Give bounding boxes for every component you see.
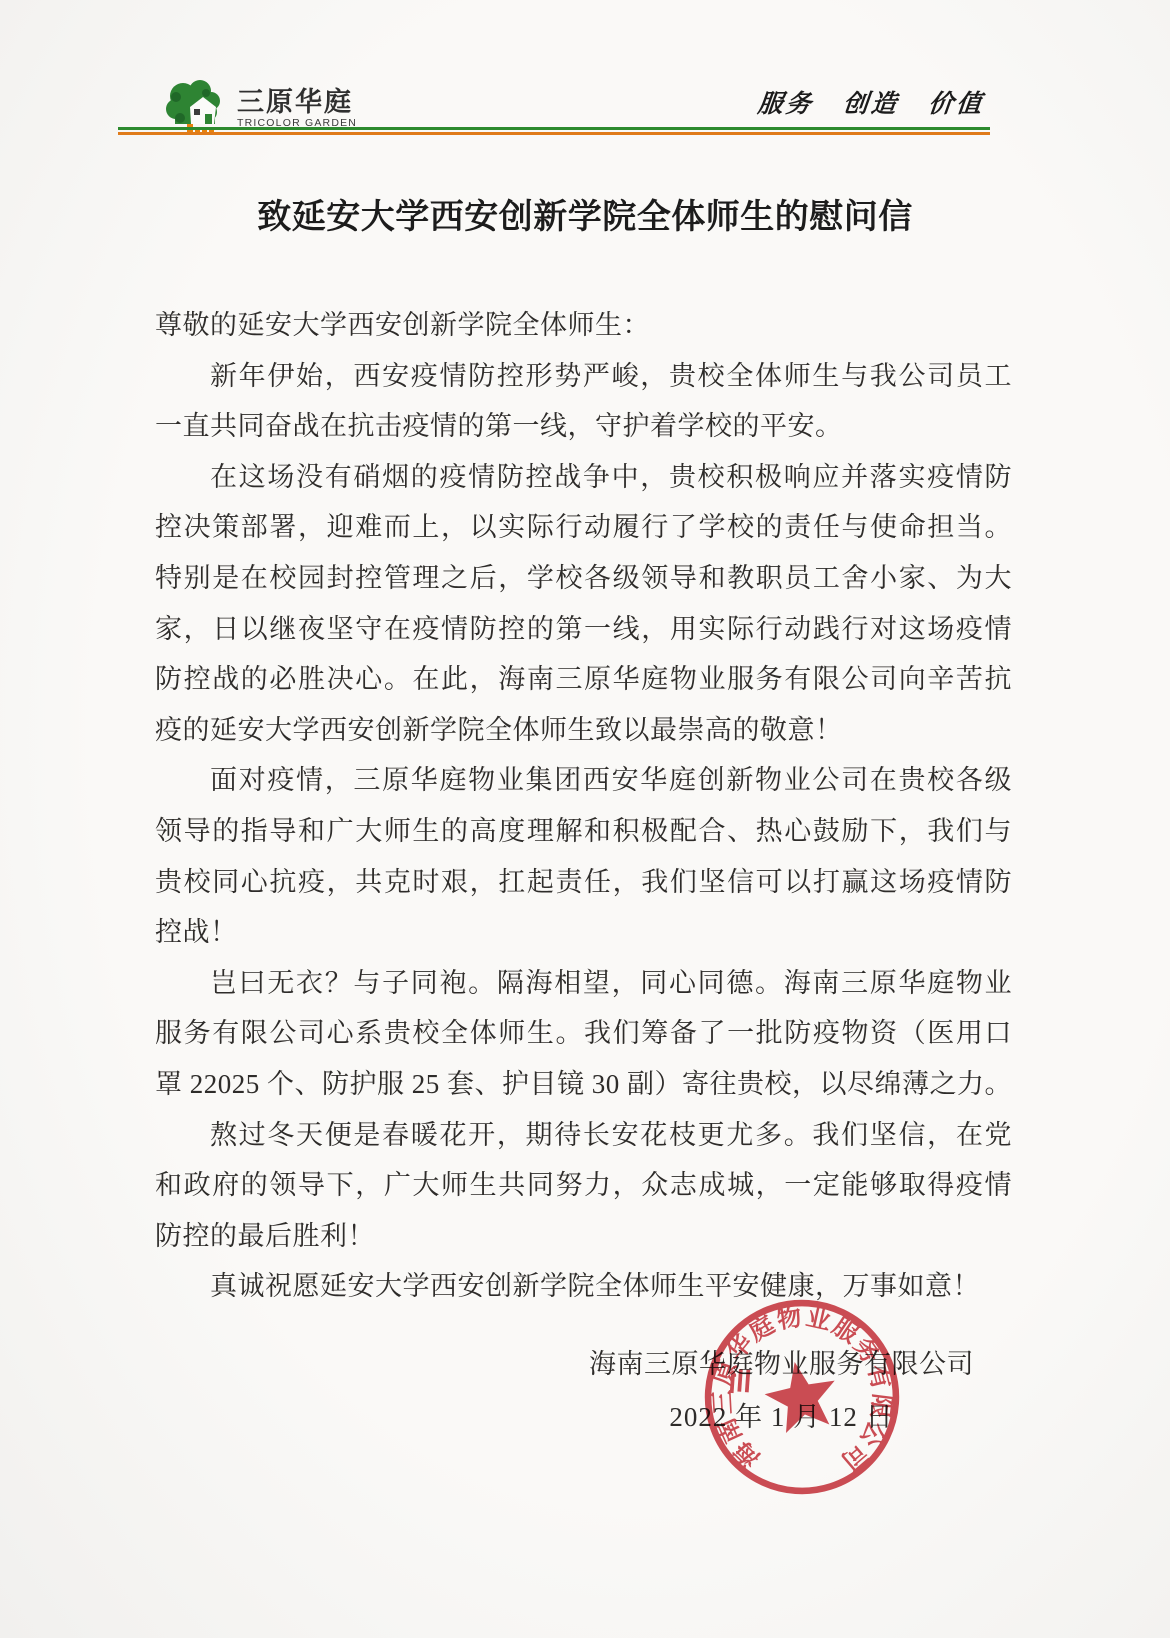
body-line: 贵校同心抗疫，共克时艰，扛起责任，我们坚信可以打赢这场疫情防 [155, 857, 1012, 908]
letter-title: 致延安大学西安创新学院全体师生的慰问信 [0, 189, 1170, 238]
letter-body: 尊敬的延安大学西安创新学院全体师生：新年伊始，西安疫情防控形势严峻，贵校全体师生… [155, 300, 1012, 1312]
body-line: 一直共同奋战在抗击疫情的第一线，守护着学校的平安。 [155, 401, 1012, 452]
body-line: 和政府的领导下，广大师生共同努力，众志成城，一定能够取得疫情 [155, 1160, 1012, 1211]
body-line: 服务有限公司心系贵校全体师生。我们筹备了一批防疫物资（医用口 [155, 1008, 1012, 1059]
body-line: 新年伊始，西安疫情防控形势严峻，贵校全体师生与我公司员工 [155, 351, 1012, 402]
body-line: 面对疫情，三原华庭物业集团西安华庭创新物业公司在贵校各级 [155, 755, 1012, 806]
body-line: 控决策部署，迎难而上，以实际行动履行了学校的责任与使命担当。 [155, 502, 1012, 553]
header-rule [118, 127, 990, 135]
body-line: 防控战的必胜决心。在此，海南三原华庭物业服务有限公司向辛苦抗 [155, 654, 1012, 705]
body-line: 防控的最后胜利！ [155, 1211, 1012, 1262]
company-seal: 海南三原华庭物业服务有限公司 [694, 1289, 910, 1505]
body-line: 罩 22025 个、防护服 25 套、护目镜 30 副）寄往贵校，以尽绵薄之力。 [155, 1059, 1012, 1110]
body-line: 家，日以继夜坚守在疫情防控的第一线，用实际行动践行对这场疫情 [155, 604, 1012, 655]
rule-orange-bar [118, 132, 990, 135]
logo-name: 三原华庭 [237, 87, 357, 117]
body-line: 疫的延安大学西安创新学院全体师生致以最崇高的敬意！ [155, 705, 1012, 756]
body-line: 特别是在校园封控管理之后，学校各级领导和教职员工舍小家、为大 [155, 553, 1012, 604]
body-line: 控战！ [155, 907, 1012, 958]
body-line: 岂曰无衣？与子同袍。隔海相望，同心同德。海南三原华庭物业 [155, 958, 1012, 1009]
letter-page: 三原华庭 TRICOLOR GARDEN 服务 创造 价值 致延安大学西安创新学… [0, 0, 1170, 1638]
logo-text-block: 三原华庭 TRICOLOR GARDEN [237, 87, 357, 130]
seal-star [760, 1355, 843, 1435]
header-tagline: 服务 创造 价值 [757, 84, 987, 120]
body-line: 在这场没有硝烟的疫情防控战争中，贵校积极响应并落实疫情防 [155, 452, 1012, 503]
body-line: 领导的指导和广大师生的高度理解和积极配合、热心鼓励下，我们与 [155, 806, 1012, 857]
body-line: 熬过冬天便是春暖花开，期待长安花枝更尤多。我们坚信，在党 [155, 1110, 1012, 1161]
body-line: 尊敬的延安大学西安创新学院全体师生： [155, 300, 1012, 351]
